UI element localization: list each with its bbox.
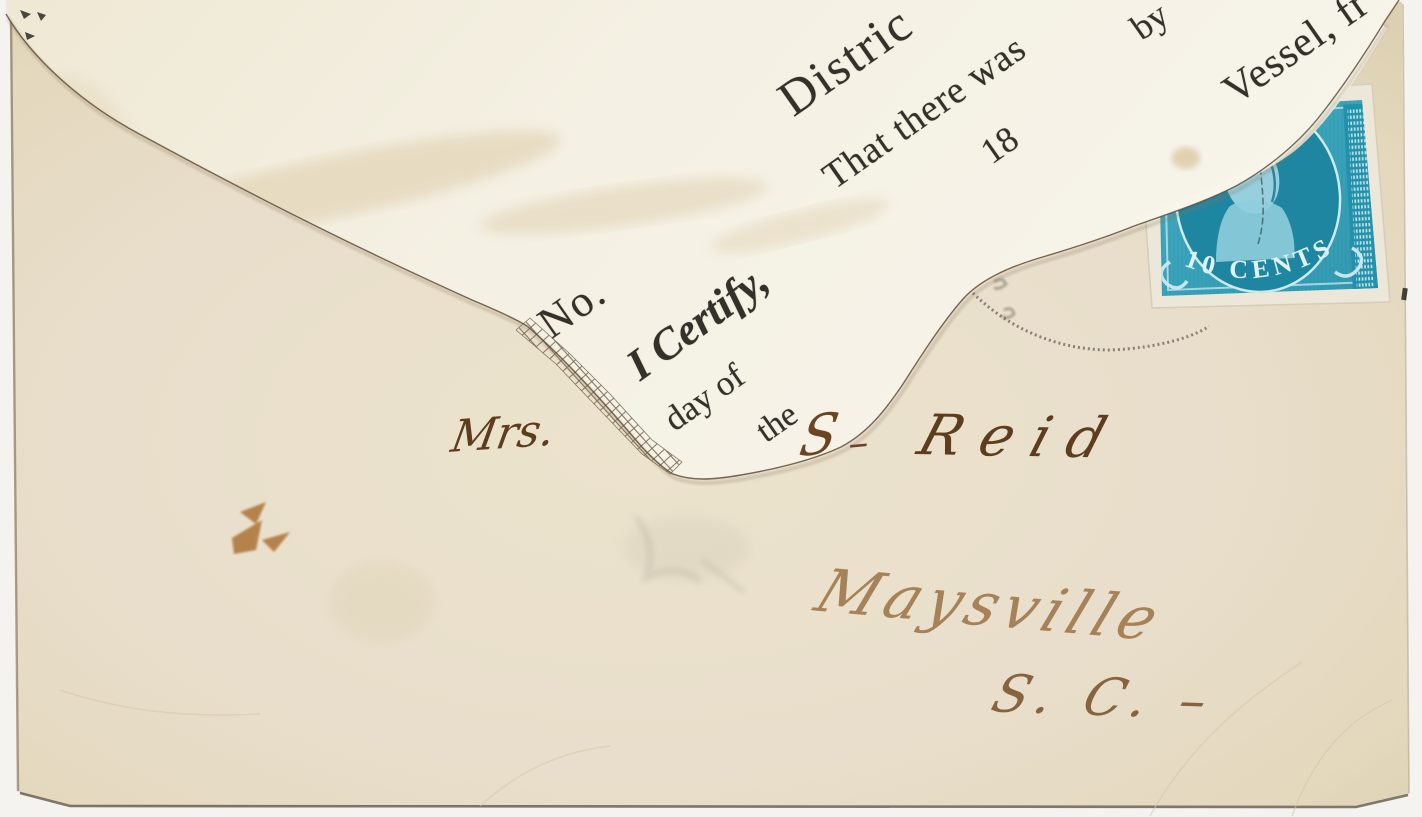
scanned-envelope-photo: 10 CENTS Distric That there was by Vesse… [0, 0, 1422, 817]
round-stain [330, 562, 434, 642]
envelope-graphics: 10 CENTS [0, 0, 1422, 817]
